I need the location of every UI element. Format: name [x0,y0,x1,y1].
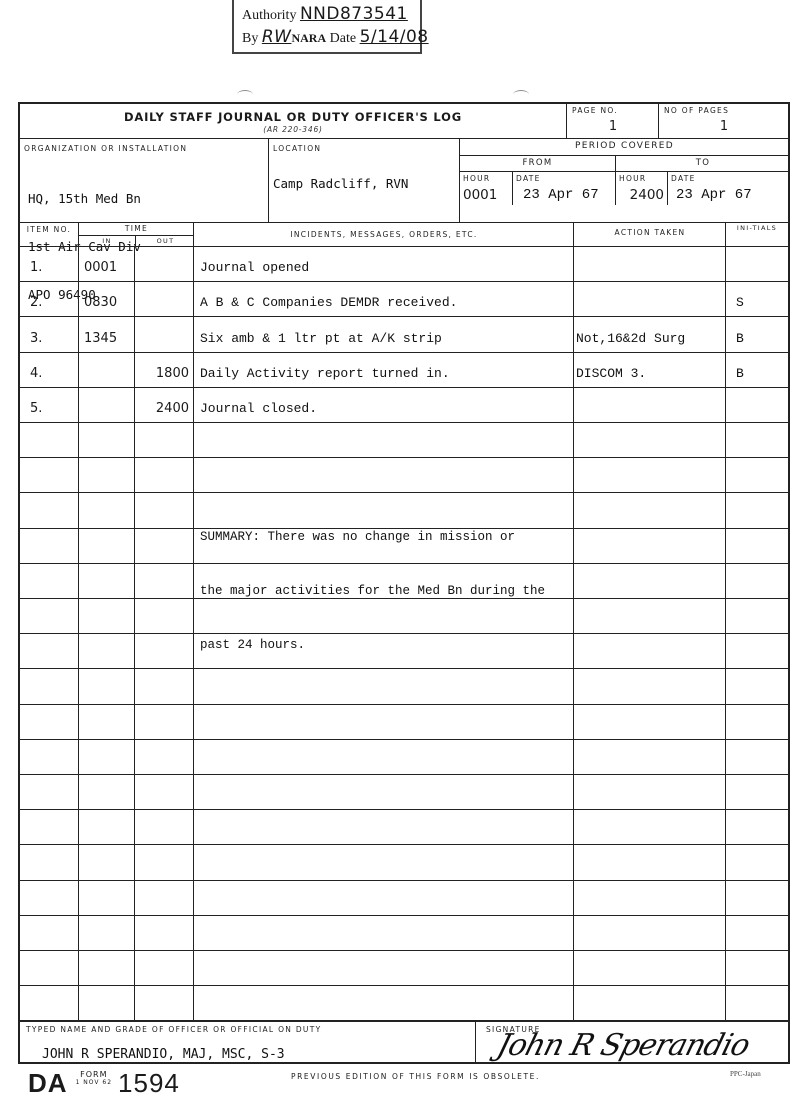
action-taken: Not,16&2d Surg [576,331,685,346]
from-hour-value: 0001 [463,187,497,203]
page-no-box: PAGE NO. 1 [566,104,658,138]
table-row: 5. 2400 Journal closed. [20,387,788,422]
table-row: 4. 1800 Daily Activity report turned in.… [20,352,788,387]
summary-text: SUMMARY: There was no change in mission … [200,492,545,690]
authority-label: Authority [242,8,296,23]
to-hour-value: 2400 [630,187,664,203]
from-date-label: DATE [516,174,541,183]
location-label: LOCATION [273,144,321,153]
from-hour-label: HOUR [463,174,490,183]
obsolete-notice: PREVIOUS EDITION OF THIS FORM IS OBSOLET… [291,1072,540,1081]
table-row-empty [20,985,788,1020]
item-no: 3. [30,331,42,346]
item-no: 5. [30,401,42,416]
form-title: DAILY STAFF JOURNAL OR DUTY OFFICER'S LO… [20,110,566,124]
incident-text: A B & C Companies DEMDR received. [200,295,457,310]
time-in: 1345 [84,331,117,346]
header-action: ACTION TAKEN [573,223,725,247]
incidents-label: INCIDENTS, MESSAGES, ORDERS, ETC. [194,230,574,239]
incident-text: Daily Activity report turned in. [200,366,450,381]
to-label: TO [616,158,790,168]
page-no-label: PAGE NO. [572,106,618,115]
table-row-empty [20,809,788,844]
header-initials: INI-TIALS [725,223,788,247]
initials-label: INI-TIALS [726,224,782,233]
initials: S [736,295,744,310]
officer-label: TYPED NAME AND GRADE OF OFFICER OR OFFIC… [26,1025,322,1034]
table-row: 1. 0001 Journal opened [20,246,788,281]
table-row: 3. 1345 Six amb & 1 ltr pt at A/K strip … [20,316,788,351]
page-no-value: 1 [567,119,659,134]
from-hour-cell: HOUR 0001 [460,171,512,205]
to-date-value: 23 Apr 67 [676,187,752,203]
period-covered-box: PERIOD COVERED FROM TO HOUR 0001 DATE 23… [459,138,788,222]
table-row-empty [20,422,788,457]
form-number-block: DA FORM 1 NOV 62 1594 [28,1068,180,1099]
table-row-empty [20,739,788,774]
organization-line: HQ, 15th Med Bn [28,191,141,207]
summary-line: SUMMARY: There was no change in mission … [200,528,545,546]
item-no-label: ITEM NO. [20,225,78,235]
table-row: 2. 0830 A B & C Companies DEMDR received… [20,281,788,316]
time-label: TIME [79,224,194,233]
time-in: 0830 [84,295,117,310]
form-number: 1594 [118,1068,180,1098]
action-label: ACTION TAKEN [574,228,726,237]
table-row-empty [20,915,788,950]
table-header: ITEM NO. TIME IN OUT INCIDENTS, MESSAGES… [20,222,788,246]
form-regulation: (AR 220-346) [20,125,566,134]
no-of-pages-label: NO OF PAGES [664,106,729,115]
time-out: 2400 [156,401,189,416]
form-title-block: DAILY STAFF JOURNAL OR DUTY OFFICER'S LO… [20,104,566,138]
time-in: 0001 [84,260,117,275]
incident-text: Journal closed. [200,401,317,416]
item-no: 2. [30,295,42,310]
date-value: 5/14/08 [360,27,429,47]
punch-hole-right [513,90,529,99]
organization-box: ORGANIZATION OR INSTALLATION HQ, 15th Me… [20,138,268,222]
journal-form: DAILY STAFF JOURNAL OR DUTY OFFICER'S LO… [18,102,790,1064]
header-incidents: INCIDENTS, MESSAGES, ORDERS, ETC. [193,223,573,247]
header-time: TIME IN OUT [78,223,193,247]
header-item-no: ITEM NO. [20,223,78,247]
from-header: FROM [460,155,615,171]
from-date-value: 23 Apr 67 [523,187,599,203]
from-date-cell: DATE 23 Apr 67 [512,171,615,205]
time-in-label: IN [79,237,135,245]
officer-name: JOHN R SPERANDIO, MAJ, MSC, S-3 [42,1047,285,1062]
location-value: Camp Radcliff, RVN [273,176,408,191]
no-of-pages-value: 1 [659,119,789,134]
initials: B [736,366,744,381]
signature-box: SIGNATURE John R Sperandio [475,1020,788,1064]
action-taken: DISCOM 3. [576,366,646,381]
from-label: FROM [460,158,615,168]
item-no: 1. [30,260,42,275]
item-no: 4. [30,366,42,381]
form-date: 1 NOV 62 [76,1079,112,1087]
date-label: Date [330,31,356,46]
agency-label: NARA [291,31,326,45]
form-word: FORM [76,1071,112,1079]
summary-line: the major activities for the Med Bn duri… [200,582,545,600]
to-header: TO [615,155,789,171]
location-box: LOCATION Camp Radcliff, RVN [268,138,459,222]
officer-box: TYPED NAME AND GRADE OF OFFICER OR OFFIC… [20,1020,475,1064]
form-prefix: DA [28,1068,68,1098]
to-date-cell: DATE 23 Apr 67 [667,171,789,205]
to-date-label: DATE [671,174,696,183]
form-edition: FORM 1 NOV 62 [76,1071,112,1087]
table-row-empty [20,880,788,915]
printer-mark: PPC-Japan [730,1070,761,1078]
to-hour-cell: HOUR 2400 [615,171,667,205]
period-covered-label: PERIOD COVERED [460,141,789,151]
incident-text: Six amb & 1 ltr pt at A/K strip [200,331,442,346]
authority-value: NND873541 [300,4,408,24]
no-of-pages-box: NO OF PAGES 1 [658,104,788,138]
by-initials: RW [262,27,292,47]
signature: John R Sperandio [493,1028,753,1063]
time-out-label: OUT [136,237,195,245]
table-row-empty [20,950,788,985]
to-hour-label: HOUR [619,174,646,183]
summary-line: past 24 hours. [200,636,545,654]
declassification-stamp: Authority NND873541 By RWNARA Date 5/14/… [232,0,422,54]
table-row-empty [20,704,788,739]
organization-label: ORGANIZATION OR INSTALLATION [24,144,187,153]
punch-hole-left [237,90,253,99]
by-label: By [242,31,258,46]
initials: B [736,331,744,346]
time-out: 1800 [156,366,189,381]
table-row-empty [20,457,788,492]
incident-text: Journal opened [200,260,309,275]
table-row-empty [20,774,788,809]
table-row-empty [20,844,788,879]
